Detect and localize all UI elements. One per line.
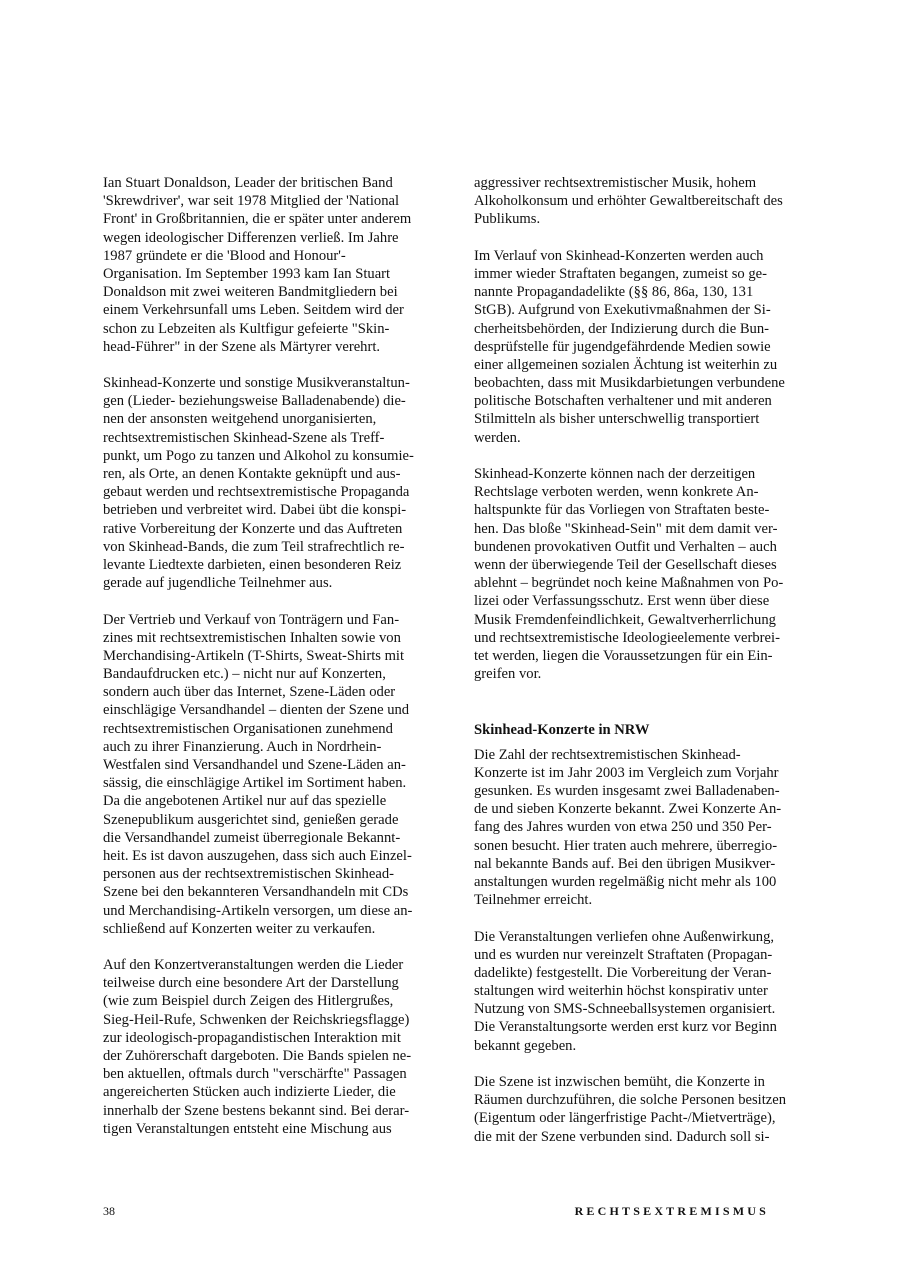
text-line: StGB). Aufgrund von Exekutivmaßnahmen de… — [474, 301, 809, 319]
paragraph: Im Verlauf von Skinhead-Konzerten werden… — [474, 247, 809, 447]
text-line: Die Veranstaltungsorte werden erst kurz … — [474, 1018, 809, 1036]
text-line: die mit der Szene verbunden sind. Dadurc… — [474, 1128, 809, 1146]
text-line: der Zuhörerschaft dargeboten. Die Bands … — [103, 1047, 433, 1065]
running-title: RECHTSEXTREMISMUS — [575, 1204, 769, 1219]
paragraph: Ian Stuart Donaldson, Leader der britisc… — [103, 174, 433, 356]
text-line: gerade auf jugendliche Teilnehmer aus. — [103, 574, 433, 592]
text-line: levante Liedtexte darbieten, einen beson… — [103, 556, 433, 574]
text-line: bundenen provokativen Outfit und Verhalt… — [474, 538, 809, 556]
page-number: 38 — [103, 1204, 115, 1219]
text-line: dadelikte) festgestellt. Die Vorbereitun… — [474, 964, 809, 982]
document-page: Ian Stuart Donaldson, Leader der britisc… — [0, 0, 900, 1273]
text-line: wenn der überwiegende Teil der Gesellsch… — [474, 556, 809, 574]
text-line: Der Vertrieb und Verkauf von Tonträgern … — [103, 611, 433, 629]
text-line: head-Führer" in der Szene als Märtyrer v… — [103, 338, 433, 356]
text-line: von Skinhead-Bands, die zum Teil strafre… — [103, 538, 433, 556]
text-line: tigen Veranstaltungen entsteht eine Misc… — [103, 1120, 433, 1138]
paragraph: Die Zahl der rechtsextremistischen Skinh… — [474, 746, 809, 910]
text-line: Szenepublikum ausgerichtet sind, genieße… — [103, 811, 433, 829]
text-line: (wie zum Beispiel durch Zeigen des Hitle… — [103, 992, 433, 1010]
text-line: schließend auf Konzerten weiter zu verka… — [103, 920, 433, 938]
text-line: Organisation. Im September 1993 kam Ian … — [103, 265, 433, 283]
text-line: (Eigentum oder längerfristige Pacht-/Mie… — [474, 1109, 809, 1127]
paragraph: Skinhead-Konzerte und sonstige Musikvera… — [103, 374, 433, 592]
text-line: Skinhead-Konzerte können nach der derzei… — [474, 465, 809, 483]
text-line: einschlägige Versandhandel – dienten der… — [103, 701, 433, 719]
text-line: Skinhead-Konzerte und sonstige Musikvera… — [103, 374, 433, 392]
text-line: gen (Lieder- beziehungsweise Balladenabe… — [103, 392, 433, 410]
text-line: wegen ideologischer Differenzen verließ.… — [103, 229, 433, 247]
text-line: Auf den Konzertveranstaltungen werden di… — [103, 956, 433, 974]
text-line: lizei oder Verfassungsschutz. Erst wenn … — [474, 592, 809, 610]
text-line: nannte Propagandadelikte (§§ 86, 86a, 13… — [474, 283, 809, 301]
text-line: Rechtslage verboten werden, wenn konkret… — [474, 483, 809, 501]
text-line: werden. — [474, 429, 809, 447]
spacer — [474, 701, 809, 721]
text-line: ben aktuellen, oftmals durch "verschärft… — [103, 1065, 433, 1083]
text-line: Musik Fremdenfeindlichkeit, Gewaltverher… — [474, 611, 809, 629]
text-line: Alkoholkonsum und erhöhter Gewaltbereits… — [474, 192, 809, 210]
paragraph: Auf den Konzertveranstaltungen werden di… — [103, 956, 433, 1138]
text-line: Die Veranstaltungen verliefen ohne Außen… — [474, 928, 809, 946]
text-line: gebaut werden und rechtsextremistische P… — [103, 483, 433, 501]
text-line: einer allgemeinen sozialen Ächtung ist w… — [474, 356, 809, 374]
text-line: staltungen wird weiterhin höchst konspir… — [474, 982, 809, 1000]
text-line: Ian Stuart Donaldson, Leader der britisc… — [103, 174, 433, 192]
paragraph: aggressiver rechtsextremistischer Musik,… — [474, 174, 809, 229]
text-line: heit. Es ist davon auszugehen, dass sich… — [103, 847, 433, 865]
text-line: zines mit rechtsextremistischen Inhalten… — [103, 629, 433, 647]
text-line: Die Zahl der rechtsextremistischen Skinh… — [474, 746, 809, 764]
text-line: cherheitsbehörden, der Indizierung durch… — [474, 320, 809, 338]
text-line: tet werden, liegen die Voraussetzungen f… — [474, 647, 809, 665]
section-heading: Skinhead-Konzerte in NRW — [474, 721, 809, 739]
text-line: sässig, die einschlägige Artikel im Sort… — [103, 774, 433, 792]
text-line: Sieg-Heil-Rufe, Schwenken der Reichskrie… — [103, 1011, 433, 1029]
text-line: auch zu ihrer Finanzierung. Auch in Nord… — [103, 738, 433, 756]
text-line: aggressiver rechtsextremistischer Musik,… — [474, 174, 809, 192]
text-line: einem Verkehrsunfall ums Leben. Seitdem … — [103, 301, 433, 319]
text-line: rative Vorbereitung der Konzerte und das… — [103, 520, 433, 538]
text-line: innerhalb der Szene bestens bekannt sind… — [103, 1102, 433, 1120]
text-line: Merchandising-Artikeln (T-Shirts, Sweat-… — [103, 647, 433, 665]
text-line: und rechtsextremistische Ideologieelemen… — [474, 629, 809, 647]
text-line: Bandaufdrucken etc.) – nicht nur auf Kon… — [103, 665, 433, 683]
text-line: greifen vor. — [474, 665, 809, 683]
text-line: haltspunkte für das Vorliegen von Straft… — [474, 501, 809, 519]
text-line: die Versandhandel zumeist überregionale … — [103, 829, 433, 847]
text-line: rechtsextremistischen Organisationen zun… — [103, 720, 433, 738]
paragraph: Skinhead-Konzerte können nach der derzei… — [474, 465, 809, 683]
text-line: hen. Das bloße "Skinhead-Sein" mit dem d… — [474, 520, 809, 538]
text-line: nal bekannte Bands auf. Bei den übrigen … — [474, 855, 809, 873]
text-line: Szene bei den bekannteren Versandhandeln… — [103, 883, 433, 901]
paragraph: Die Veranstaltungen verliefen ohne Außen… — [474, 928, 809, 1055]
text-line: politische Botschaften verhaltener und m… — [474, 392, 809, 410]
text-line: Front' in Großbritannien, die er später … — [103, 210, 433, 228]
text-line: angereicherten Stücken auch indizierte L… — [103, 1083, 433, 1101]
text-line: punkt, um Pogo zu tanzen und Alkohol zu … — [103, 447, 433, 465]
text-line: personen aus der rechtsextremistischen S… — [103, 865, 433, 883]
text-line: Da die angebotenen Artikel nur auf das s… — [103, 792, 433, 810]
text-line: nen der ansonsten weitgehend unorganisie… — [103, 410, 433, 428]
text-line: und Merchandising-Artikeln versorgen, um… — [103, 902, 433, 920]
text-line: rechtsextremistischen Skinhead-Szene als… — [103, 429, 433, 447]
text-line: teilweise durch eine besondere Art der D… — [103, 974, 433, 992]
text-line: fang des Jahres wurden von etwa 250 und … — [474, 818, 809, 836]
text-line: Teilnehmer erreicht. — [474, 891, 809, 909]
text-line: 1987 gründete er die 'Blood and Honour'- — [103, 247, 433, 265]
right-column: aggressiver rechtsextremistischer Musik,… — [474, 174, 809, 1164]
text-line: immer wieder Straftaten begangen, zumeis… — [474, 265, 809, 283]
text-line: Westfalen sind Versandhandel und Szene-L… — [103, 756, 433, 774]
text-line: bekannt gegeben. — [474, 1037, 809, 1055]
text-line: Im Verlauf von Skinhead-Konzerten werden… — [474, 247, 809, 265]
text-line: desprüfstelle für jugendgefährdende Medi… — [474, 338, 809, 356]
text-line: Nutzung von SMS-Schneeballsystemen organ… — [474, 1000, 809, 1018]
text-line: Räumen durchzuführen, die solche Persone… — [474, 1091, 809, 1109]
text-line: zur ideologisch-propagandistischen Inter… — [103, 1029, 433, 1047]
text-line: 'Skrewdriver', war seit 1978 Mitglied de… — [103, 192, 433, 210]
text-line: gesunken. Es wurden insgesamt zwei Balla… — [474, 782, 809, 800]
text-line: Donaldson mit zwei weiteren Bandmitglied… — [103, 283, 433, 301]
text-line: sondern auch über das Internet, Szene-Lä… — [103, 683, 433, 701]
text-line: Konzerte ist im Jahr 2003 im Vergleich z… — [474, 764, 809, 782]
text-line: Stilmitteln als bisher unterschwellig tr… — [474, 410, 809, 428]
text-line: und es wurden nur vereinzelt Straftaten … — [474, 946, 809, 964]
text-line: sonen besucht. Hier traten auch mehrere,… — [474, 837, 809, 855]
text-line: Die Szene ist inzwischen bemüht, die Kon… — [474, 1073, 809, 1091]
text-line: de und sieben Konzerte bekannt. Zwei Kon… — [474, 800, 809, 818]
text-line: betrieben und verbreitet wird. Dabei übt… — [103, 501, 433, 519]
left-column: Ian Stuart Donaldson, Leader der britisc… — [103, 174, 433, 1156]
text-line: Publikums. — [474, 210, 809, 228]
text-line: ablehnt – begründet noch keine Maßnahmen… — [474, 574, 809, 592]
paragraph: Der Vertrieb und Verkauf von Tonträgern … — [103, 611, 433, 938]
paragraph: Die Szene ist inzwischen bemüht, die Kon… — [474, 1073, 809, 1146]
text-line: schon zu Lebzeiten als Kultfigur gefeier… — [103, 320, 433, 338]
text-line: ren, als Orte, an denen Kontakte geknüpf… — [103, 465, 433, 483]
text-line: anstaltungen wurden regelmäßig nicht meh… — [474, 873, 809, 891]
text-line: beobachten, dass mit Musikdarbietungen v… — [474, 374, 809, 392]
